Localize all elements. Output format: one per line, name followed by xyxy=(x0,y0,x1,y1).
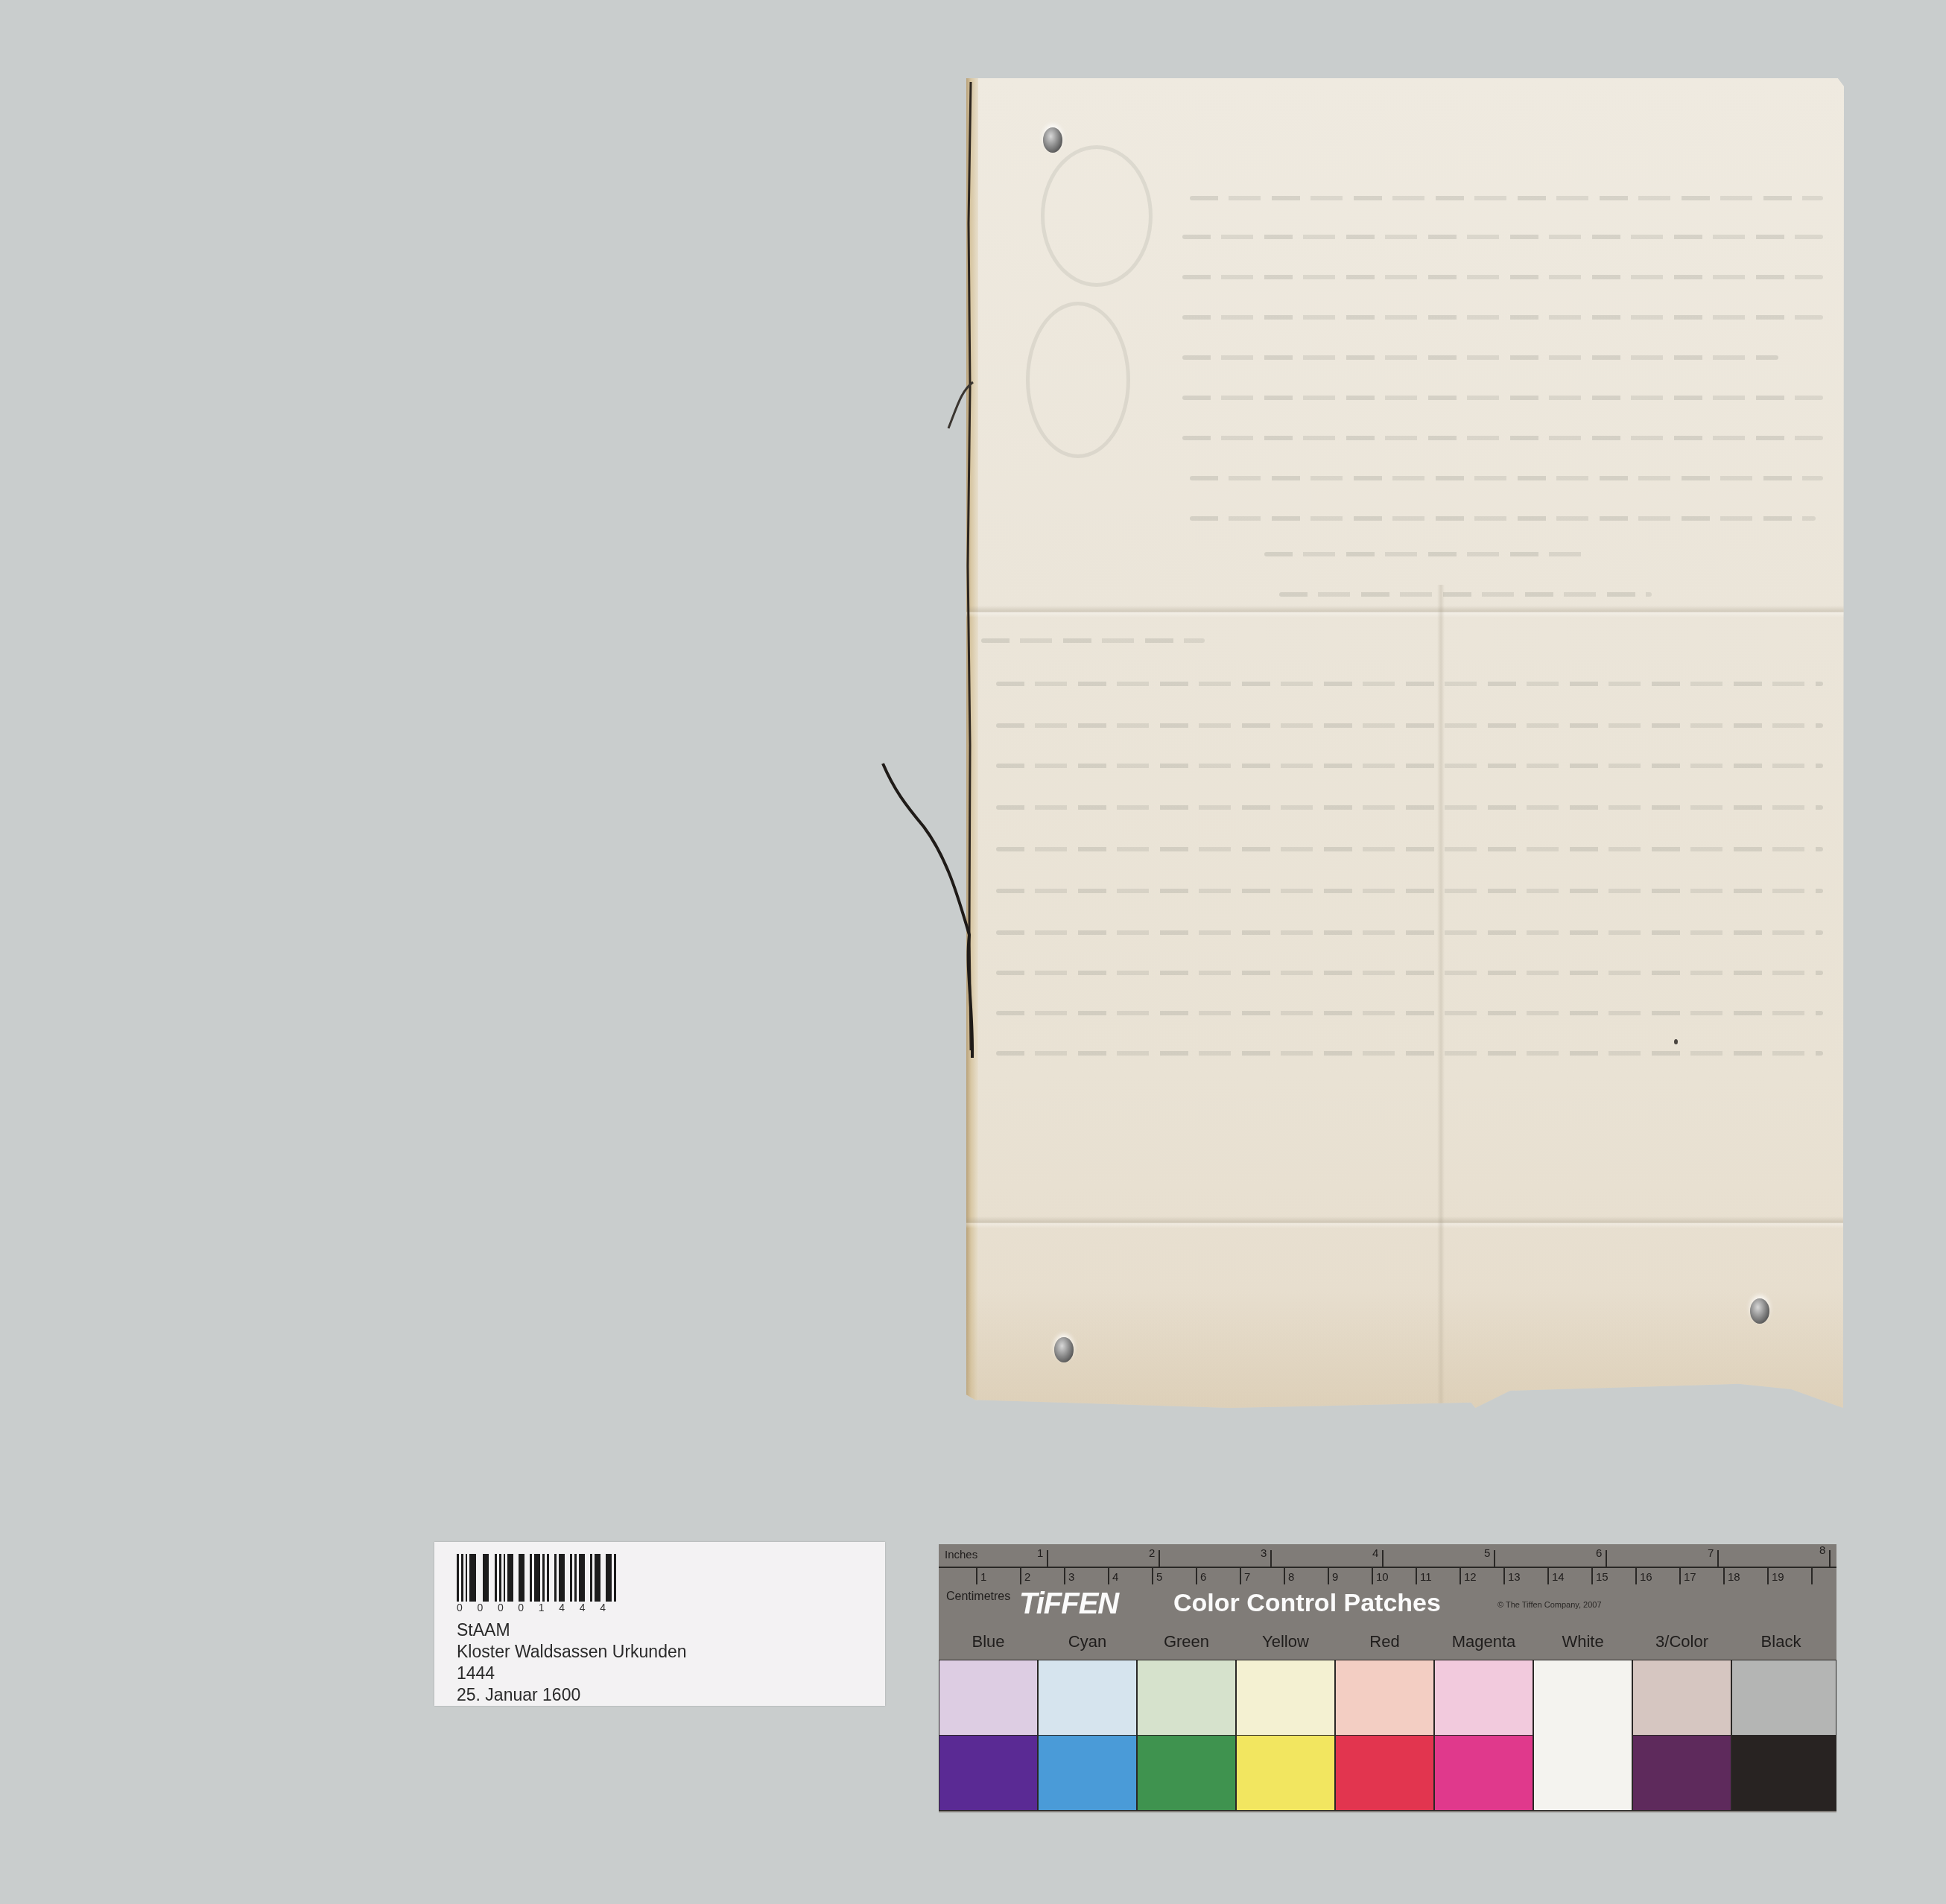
patch-3color-dark xyxy=(1632,1735,1731,1811)
patch-label-blue: Blue xyxy=(939,1632,1038,1651)
patch-magenta-dark xyxy=(1434,1735,1533,1811)
ruler-tick xyxy=(1494,1550,1495,1567)
archive-label: 0 0 0 0 1 4 4 4 StAAM Kloster Waldsassen… xyxy=(434,1542,885,1706)
cm-label: 18 xyxy=(1728,1571,1740,1584)
card-copyright: © The Tiffen Company, 2007 xyxy=(1497,1601,1602,1610)
label-number: 1444 xyxy=(457,1663,495,1684)
ruler-unit-inches: Inches xyxy=(945,1549,977,1561)
barcode-digit: 4 xyxy=(580,1602,586,1613)
patch-label-yellow: Yellow xyxy=(1236,1632,1335,1651)
patch-label-black: Black xyxy=(1731,1632,1831,1651)
color-control-card: Inches 1 2 3 4 5 6 7 8 1 2 3 4 5 6 7 8 9… xyxy=(939,1544,1836,1812)
patch-label-white: White xyxy=(1533,1632,1632,1651)
cm-label: 6 xyxy=(1200,1571,1206,1584)
label-archive-code: StAAM xyxy=(457,1619,510,1640)
cm-label: 17 xyxy=(1684,1571,1696,1584)
cm-label: 10 xyxy=(1376,1571,1389,1584)
patch-white xyxy=(1533,1660,1632,1811)
cm-label: 4 xyxy=(1112,1571,1118,1584)
ruler-tick xyxy=(1159,1550,1160,1567)
cm-label: 3 xyxy=(1068,1571,1074,1584)
patch-label-red: Red xyxy=(1335,1632,1434,1651)
cm-label: 19 xyxy=(1772,1571,1784,1584)
barcode-digit: 0 xyxy=(457,1602,463,1613)
card-title: Color Control Patches xyxy=(1173,1589,1441,1618)
patch-green-light xyxy=(1137,1660,1236,1736)
patch-3color-light xyxy=(1632,1660,1731,1736)
patch-cyan-light xyxy=(1038,1660,1137,1736)
patch-green-dark xyxy=(1137,1735,1236,1811)
barcode-digit: 0 xyxy=(498,1602,504,1613)
patch-red-light xyxy=(1335,1660,1434,1736)
ruler-divider xyxy=(939,1567,1836,1568)
label-date: 25. Januar 1600 xyxy=(457,1684,580,1705)
cm-label: 12 xyxy=(1464,1571,1477,1584)
patch-blue-dark xyxy=(939,1735,1038,1811)
barcode-digits: 0 0 0 0 1 4 4 4 xyxy=(457,1602,606,1613)
ruler-tick xyxy=(1047,1550,1048,1567)
patch-red-dark xyxy=(1335,1735,1434,1811)
ruler-unit-cm: Centimetres xyxy=(946,1590,1010,1604)
ruler-tick xyxy=(1829,1550,1831,1567)
patch-label-green: Green xyxy=(1137,1632,1236,1651)
inch-label: 6 xyxy=(1596,1547,1602,1560)
patch-magenta-light xyxy=(1434,1660,1533,1736)
patch-label-3color: 3/Color xyxy=(1632,1632,1731,1651)
inch-label: 4 xyxy=(1372,1547,1378,1560)
inch-label: 8 xyxy=(1819,1544,1825,1557)
patch-cyan-dark xyxy=(1038,1735,1137,1811)
ruler-tick xyxy=(1382,1550,1384,1567)
tiffen-logo: TiFFEN xyxy=(1019,1587,1118,1621)
cm-label: 2 xyxy=(1024,1571,1030,1584)
cm-label: 5 xyxy=(1156,1571,1162,1584)
patch-black-light xyxy=(1731,1660,1836,1736)
patch-yellow-dark xyxy=(1236,1735,1335,1811)
inch-label: 7 xyxy=(1708,1547,1714,1560)
inch-label: 5 xyxy=(1484,1547,1490,1560)
cm-label: 1 xyxy=(980,1571,986,1584)
ruler-tick xyxy=(1606,1550,1607,1567)
patch-blue-light xyxy=(939,1660,1038,1736)
cm-label: 13 xyxy=(1508,1571,1521,1584)
inch-label: 3 xyxy=(1261,1547,1267,1560)
patch-label-magenta: Magenta xyxy=(1434,1632,1533,1651)
barcode-digit: 4 xyxy=(559,1602,565,1613)
inch-label: 1 xyxy=(1037,1547,1043,1560)
ruler-tick xyxy=(1270,1550,1272,1567)
cm-label: 7 xyxy=(1244,1571,1250,1584)
cm-label: 15 xyxy=(1596,1571,1609,1584)
patch-yellow-light xyxy=(1236,1660,1335,1736)
cm-label: 14 xyxy=(1552,1571,1565,1584)
patch-black-dark xyxy=(1731,1735,1836,1811)
label-collection: Kloster Waldsassen Urkunden xyxy=(457,1641,687,1662)
barcode-digit: 0 xyxy=(518,1602,524,1613)
cm-label: 16 xyxy=(1640,1571,1652,1584)
cm-label: 8 xyxy=(1288,1571,1294,1584)
ruler-tick xyxy=(1717,1550,1719,1567)
cm-label: 11 xyxy=(1420,1571,1432,1584)
inch-label: 2 xyxy=(1149,1547,1155,1560)
barcode-digit: 4 xyxy=(600,1602,606,1613)
barcode xyxy=(457,1554,618,1602)
patch-label-cyan: Cyan xyxy=(1038,1632,1137,1651)
barcode-digit: 0 xyxy=(477,1602,483,1613)
barcode-digit: 1 xyxy=(539,1602,545,1613)
cm-label: 9 xyxy=(1332,1571,1338,1584)
